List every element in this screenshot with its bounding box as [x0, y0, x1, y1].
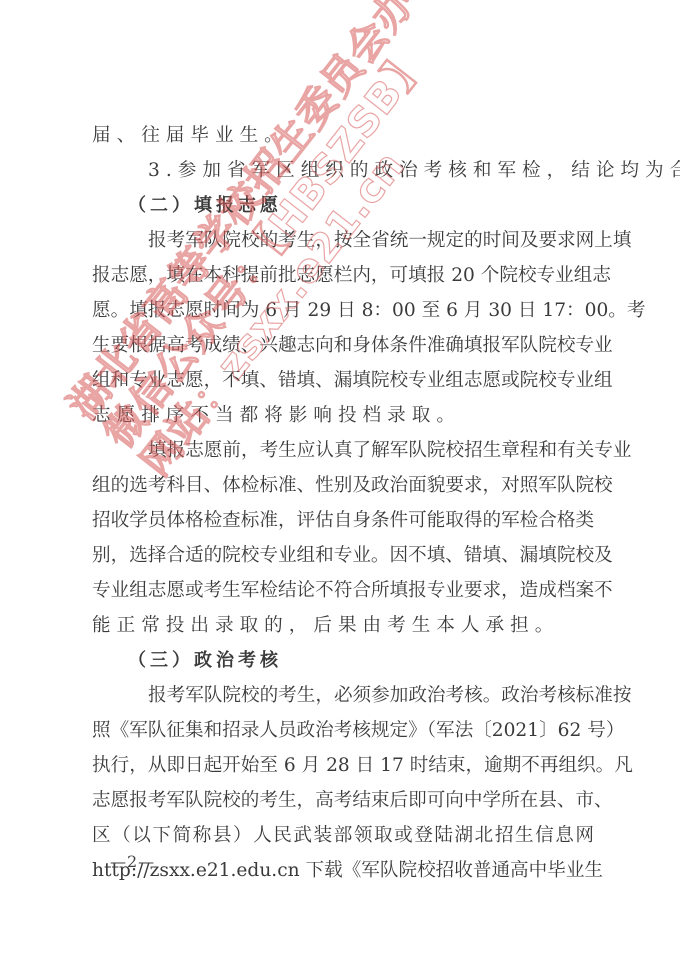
section-heading-fill-preferences: （二）填报志愿: [92, 188, 594, 223]
text-line: 执行，从即日起开始至 6 月 28 日 17 时结束，逾期不再组织。凡: [92, 748, 594, 783]
text-line: 报考军队院校的考生，必须参加政治考核。政治考核标准按: [92, 678, 594, 713]
text-line: 愿。填报志愿时间为 6 月 29 日 8：00 至 6 月 30 日 17：00…: [92, 293, 594, 328]
text-line: 志愿排序不当都将影响投档录取。: [92, 398, 594, 433]
text-line: 3.参加省军区组织的政治考核和军检，结论均为合格。: [92, 153, 594, 188]
text-line: 志愿报考军队院校的考生，高考结束后即可向中学所在县、市、: [92, 783, 594, 818]
text-line: 组和专业志愿，不填、错填、漏填院校专业组志愿或院校专业组: [92, 363, 594, 398]
text-line: 生要根据高考成绩、兴趣志向和身体条件准确填报军队院校专业: [92, 328, 594, 363]
text-line: 组的选考科目、体检标准、性别及政治面貌要求，对照军队院校: [92, 468, 594, 503]
page-number: —2—: [110, 852, 155, 871]
text-line: 报考军队院校的考生，按全省统一规定的时间及要求网上填: [92, 223, 594, 258]
document-page: 届、往届毕业生。 3.参加省军区组织的政治考核和军检，结论均为合格。 （二）填报…: [0, 0, 680, 961]
text-line: 填报志愿前，考生应认真了解军队院校招生章程和有关专业: [92, 433, 594, 468]
text-line: 区（以下简称县）人民武装部领取或登陆湖北招生信息网: [92, 818, 594, 853]
section-heading-political-review: （三）政治考核: [92, 643, 594, 678]
text-line: 招收学员体格检查标准，评估自身条件可能取得的军检合格类: [92, 503, 594, 538]
text-line: 别，选择合适的院校专业组和专业。因不填、错填、漏填院校及: [92, 538, 594, 573]
text-line-url: http://zsxx.e21.edu.cn 下载《军队院校招收普通高中毕业生: [92, 853, 594, 888]
document-body: 届、往届毕业生。 3.参加省军区组织的政治考核和军检，结论均为合格。 （二）填报…: [92, 118, 594, 888]
text-line: 专业组志愿或考生军检结论不符合所填报专业要求，造成档案不: [92, 573, 594, 608]
text-line: 能正常投出录取的，后果由考生本人承担。: [92, 608, 594, 643]
text-line: 届、往届毕业生。: [92, 118, 594, 153]
text-line: 报志愿，填在本科提前批志愿栏内，可填报 20 个院校专业组志: [92, 258, 594, 293]
text-line: 照《军队征集和招录人员政治考核规定》（军法〔2021〕62 号）: [92, 713, 594, 748]
